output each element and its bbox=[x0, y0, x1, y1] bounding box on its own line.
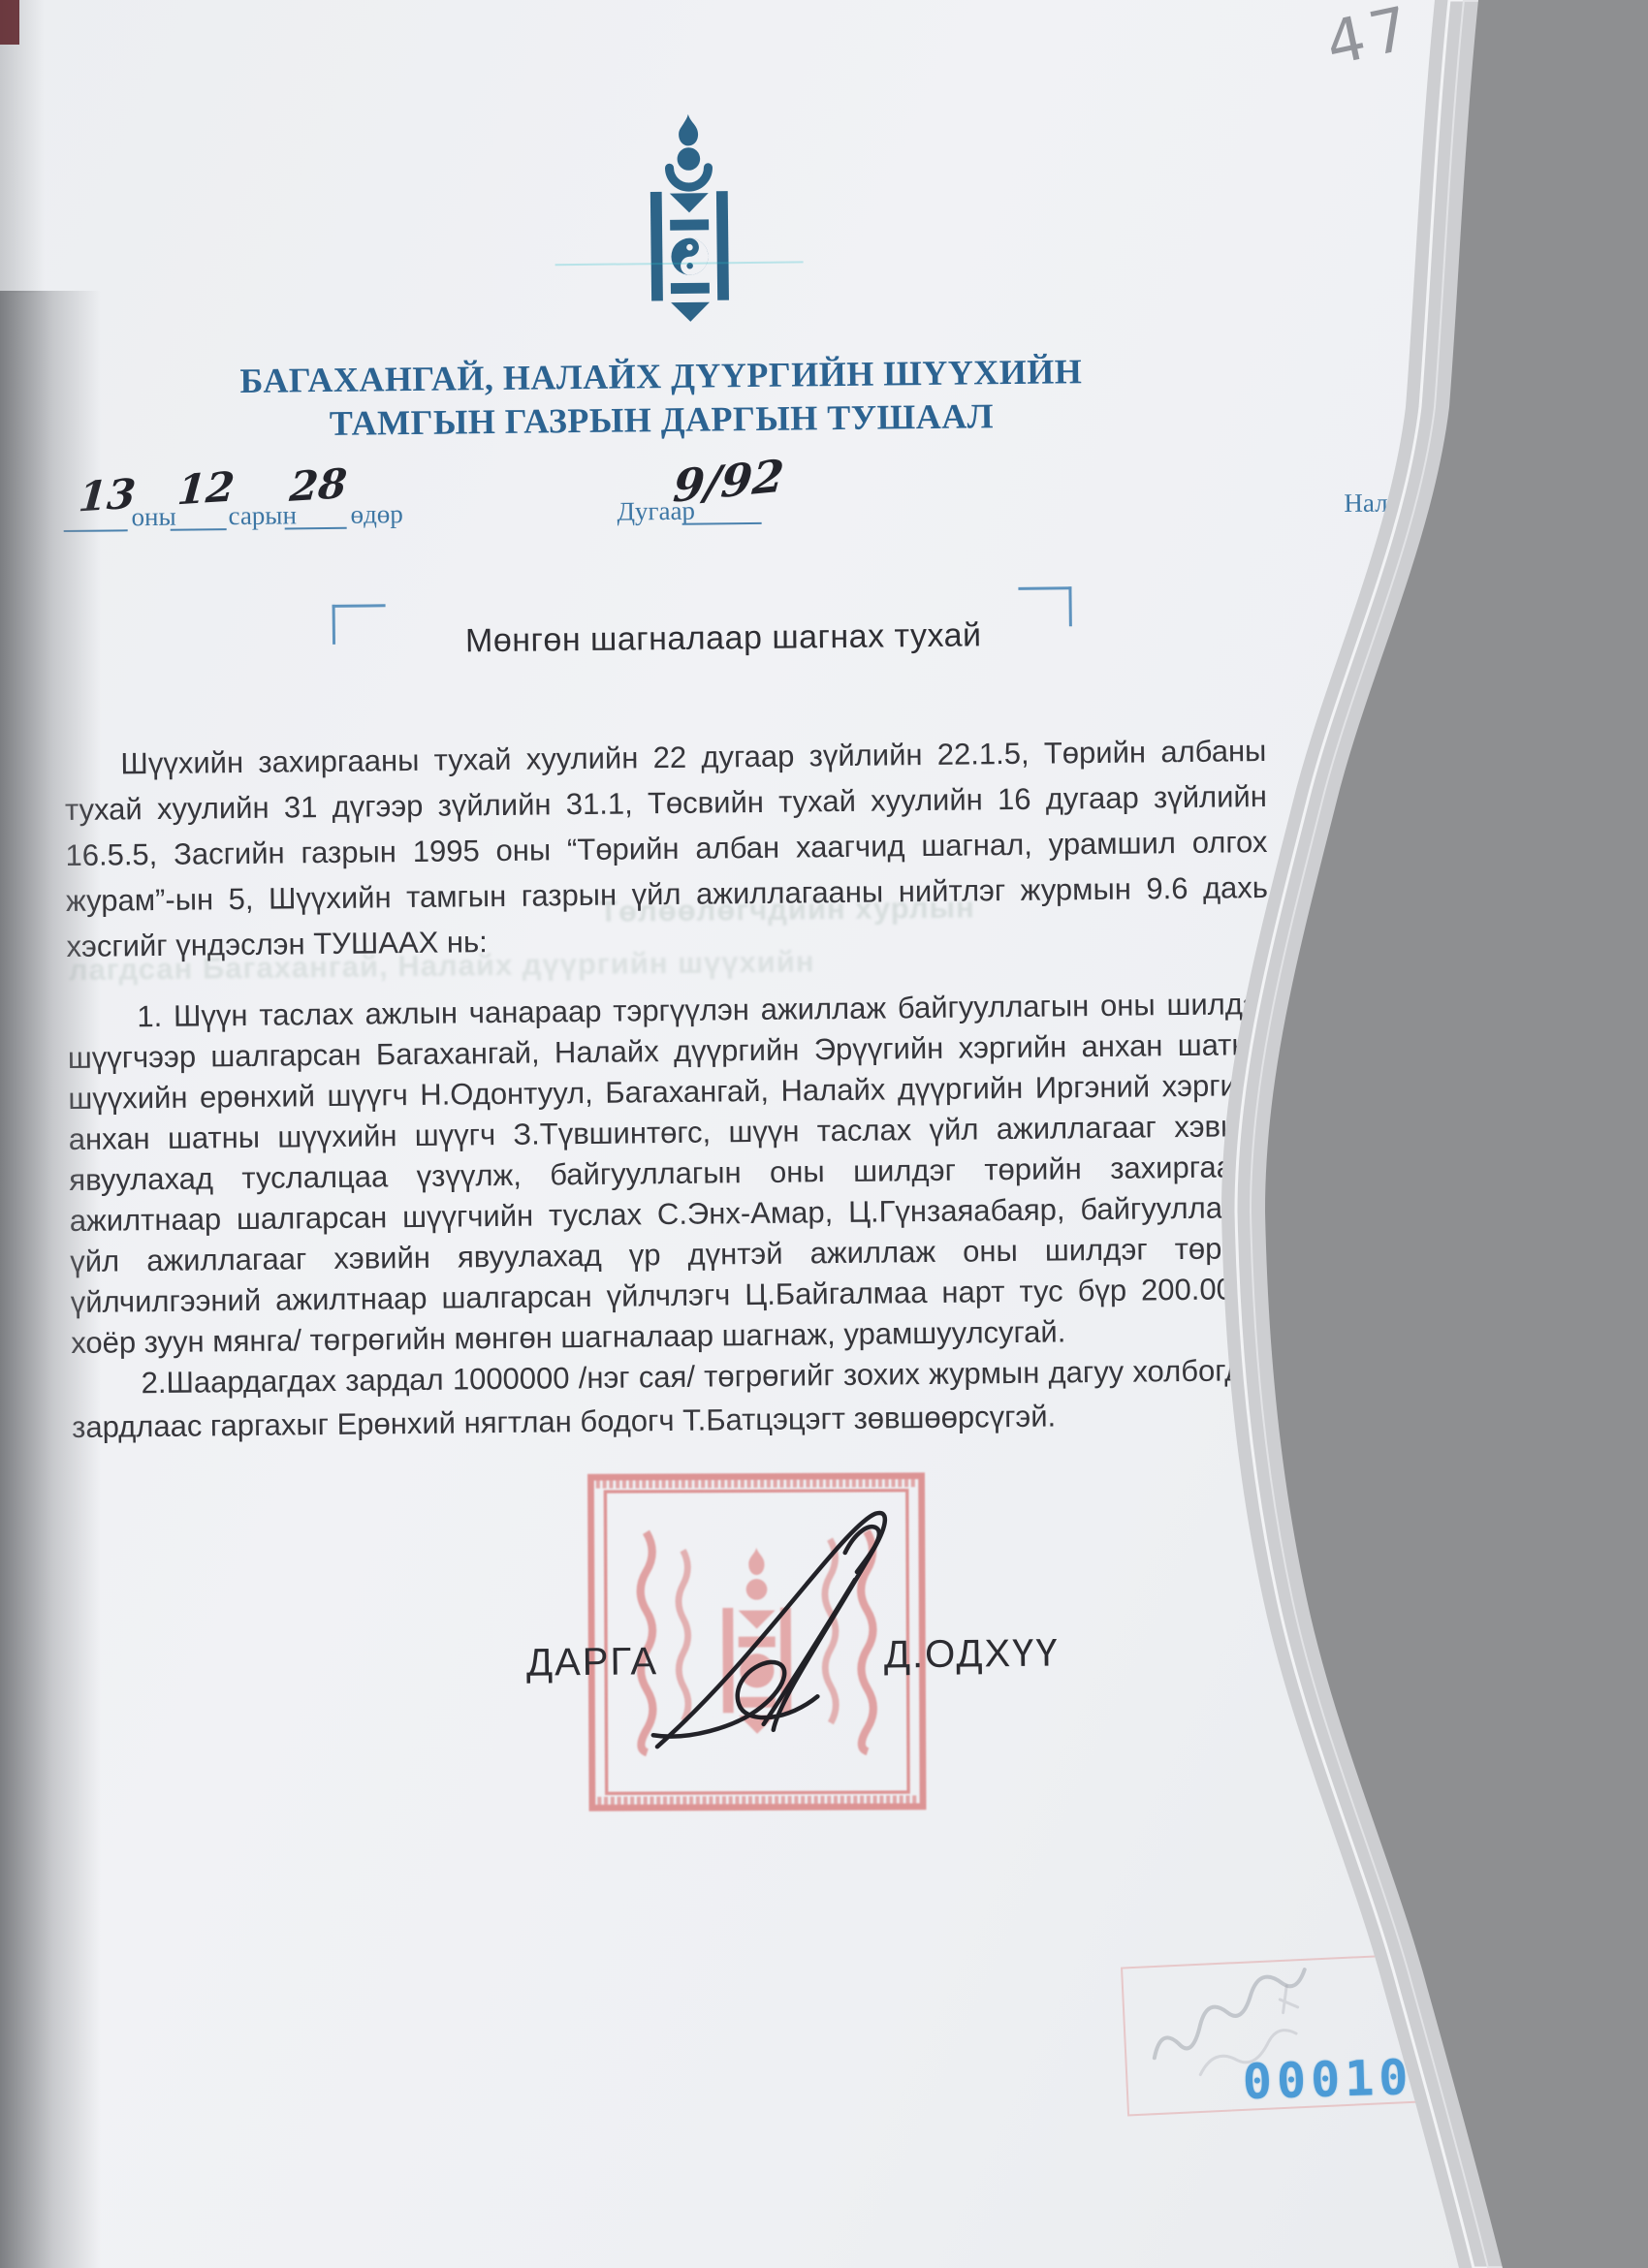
document-title: БАГАХАНГАЙ, НАЛАЙХ ДҮҮРГИЙН ШҮҮХИЙН ТАМГ… bbox=[60, 348, 1263, 449]
registry-number-stamp: 000104 bbox=[1242, 2048, 1447, 2110]
left-corner-bracket bbox=[333, 604, 386, 645]
director-signature bbox=[616, 1490, 929, 1765]
soyombo-emblem-icon bbox=[645, 113, 734, 324]
month-handwritten: 12 bbox=[175, 463, 237, 515]
dateline: 13 оны 12 сарын 28 өдөр Дугаар 9/92 Нала… bbox=[61, 462, 1419, 555]
document-content: БАГАХАНГАЙ, НАЛАЙХ ДҮҮРГИЙН ШҮҮХИЙН ТАМГ… bbox=[0, 0, 1526, 2268]
signer-position-label: ДАРГА bbox=[526, 1640, 659, 1685]
signer-name-label: Д.ОДХҮҮ bbox=[884, 1631, 1060, 1677]
day-label: өдөр bbox=[350, 499, 403, 530]
number-handwritten: 9/92 bbox=[671, 450, 785, 513]
year-handwritten: 13 bbox=[77, 470, 138, 521]
right-corner-bracket bbox=[1018, 586, 1071, 627]
place-label: Налайх bbox=[1344, 488, 1426, 519]
sun-shape bbox=[677, 147, 700, 171]
flame-shape bbox=[679, 114, 698, 146]
clause-1-paragraph: 1. Шүүн таслах ажлын чанараар тэргүүлэн … bbox=[67, 984, 1273, 1364]
day-handwritten: 28 bbox=[288, 459, 349, 511]
subject-line: Мөнгөн шагналаар шагнах тухай bbox=[465, 616, 982, 660]
clause-2-paragraph: 2.Шаардагдах зардал 1000000 /нэг сая/ тө… bbox=[71, 1348, 1274, 1449]
preamble-paragraph: Шүүхийн захиргааны тухай хуулийн 22 дуга… bbox=[64, 728, 1269, 969]
crescent-shape bbox=[670, 168, 709, 187]
binder-mark bbox=[0, 0, 19, 45]
